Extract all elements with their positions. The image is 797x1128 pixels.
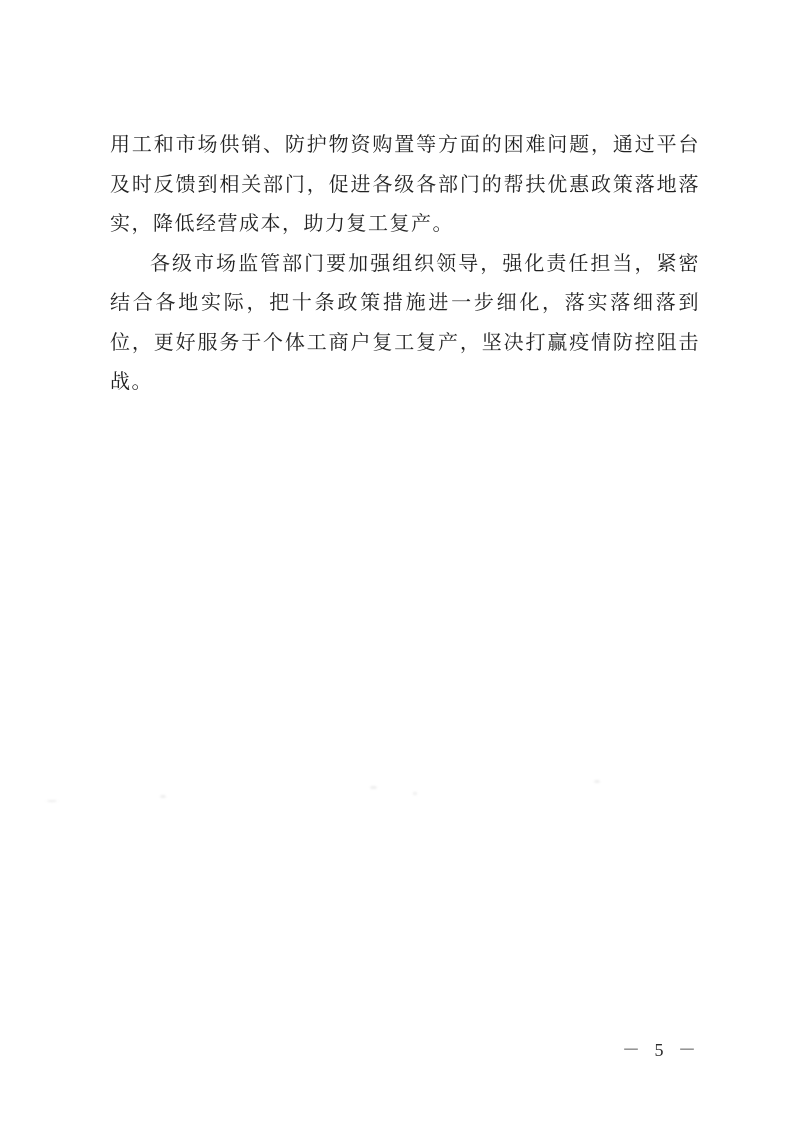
paragraph-continuation: 用工和市场供销、防护物资购置等方面的困难问题，通过平台及时反馈到相关部门，促进各… [110,126,700,245]
scan-smudge [47,800,57,802]
paragraph-closing: 各级市场监管部门要加强组织领导，强化责任担当，紧密结合各地实际，把十条政策措施进… [110,245,700,403]
scan-smudge [160,795,166,798]
scan-smudge [413,792,417,795]
document-page: 用工和市场供销、防护物资购置等方面的困难问题，通过平台及时反馈到相关部门，促进各… [0,0,797,1128]
body-text: 用工和市场供销、防护物资购置等方面的困难问题，通过平台及时反馈到相关部门，促进各… [110,126,700,403]
scan-smudge [594,780,600,783]
page-number: － 5 － [622,1036,701,1062]
scan-smudge [370,786,377,789]
